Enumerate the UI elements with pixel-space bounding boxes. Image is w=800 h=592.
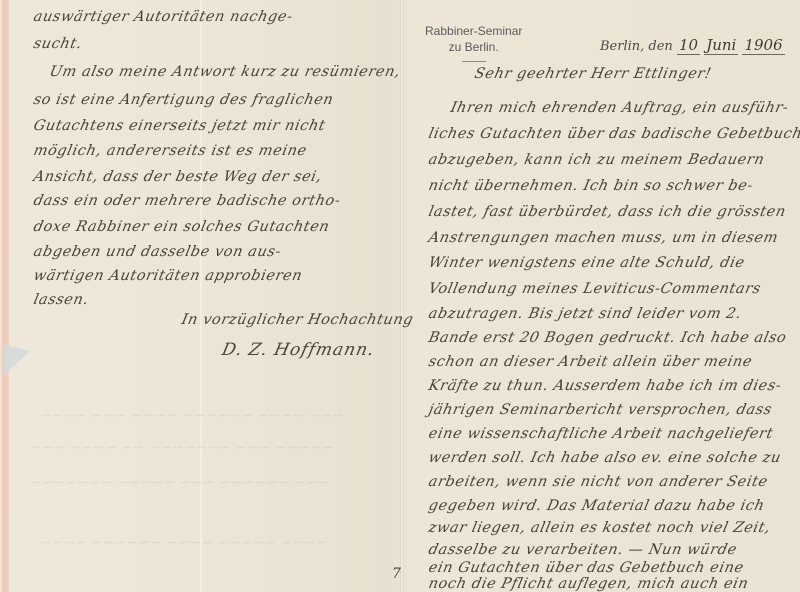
handwritten-line: eine wissenschaftliche Arbeit nachgelief… — [427, 426, 775, 442]
letterhead-line-1: Rabbiner-Seminar — [425, 23, 522, 39]
letterhead-line-2: zu Berlin. — [425, 39, 522, 55]
handwritten-line: ein Gutachten über das Gebetbuch eine — [427, 560, 745, 576]
handwritten-line: dass ein oder mehrere badische ortho- — [32, 193, 342, 209]
letter-scan: ~~~ ~~~~ ~~~~~~ ~~~~ ~~~ ~~~~ ~~~~~ ~~~ … — [0, 0, 800, 592]
handwritten-line: Gutachtens einerseits jetzt mir nicht — [32, 118, 327, 134]
handwritten-line: lassen. — [32, 292, 90, 308]
left-page: auswärtiger Autoritäten nachge- sucht. U… — [12, 0, 400, 592]
margin-mark: 7 — [392, 566, 401, 582]
handwritten-line: sucht. — [32, 36, 84, 52]
handwritten-line: jährigen Seminarbericht versprochen, das… — [427, 402, 774, 418]
handwritten-line: Kräfte zu thun. Ausserdem habe ich im di… — [427, 378, 783, 394]
handwritten-line: zwar liegen, allein es kostet noch viel … — [427, 520, 772, 536]
handwritten-line: liches Gutachten über das badische Gebet… — [427, 126, 800, 142]
signature: D. Z. Hoffmann. — [220, 340, 377, 360]
handwritten-line: abzugeben, kann ich zu meinem Bedauern — [427, 152, 766, 168]
handwritten-line: dasselbe zu verarbeiten. — Nun würde — [427, 542, 738, 558]
handwritten-line: wärtigen Autoritäten approbieren — [32, 268, 304, 284]
dateline-year: 1906 — [742, 36, 784, 55]
handwritten-line: abzutragen. Bis jetzt sind leider vom 2. — [427, 306, 743, 322]
handwritten-line: noch die Pflicht auflegen, mich auch ein — [427, 576, 750, 592]
letterhead: Rabbiner-Seminar zu Berlin. — [425, 23, 522, 62]
handwritten-line: Vollendung meines Leviticus-Commentars — [427, 281, 762, 297]
handwritten-line: Bande erst 20 Bogen gedruckt. Ich habe a… — [427, 330, 788, 346]
handwritten-line: werden soll. Ich habe also ev. eine solc… — [427, 450, 783, 466]
handwritten-line: Um also meine Antwort kurz zu resümieren… — [48, 64, 402, 80]
handwritten-line: abgeben und dasselbe von aus- — [32, 244, 283, 260]
letterhead-rule — [462, 61, 486, 62]
handwritten-line: nicht übernehmen. Ich bin so schwer be- — [427, 178, 755, 194]
scan-edge — [0, 0, 9, 592]
right-page: Rabbiner-Seminar zu Berlin. Berlin, den … — [405, 0, 800, 592]
dateline-day: 10 — [677, 36, 700, 55]
dateline-month: Juni — [704, 36, 738, 55]
handwritten-line: arbeiten, wenn sie nicht von anderer Sei… — [427, 474, 769, 490]
handwritten-line: schon an dieser Arbeit allein über meine — [427, 354, 754, 370]
handwritten-line: so ist eine Anfertigung des fraglichen — [32, 92, 335, 108]
handwritten-line: möglich, andererseits ist es meine — [32, 143, 308, 159]
dateline-place: Berlin, den — [600, 39, 673, 54]
closing-line: In vorzüglicher Hochachtung — [180, 312, 415, 328]
handwritten-line: Anstrengungen machen muss, um in diesem — [427, 230, 780, 246]
page-gutter — [400, 0, 404, 592]
handwritten-line: lastet, fast überbürdet, dass ich die gr… — [427, 204, 787, 220]
dateline: Berlin, den 10 Juni 1906 — [600, 36, 785, 54]
handwritten-line: Ihren mich ehrenden Auftrag, ein ausführ… — [449, 100, 790, 116]
handwritten-line: Ansicht, dass der beste Weg der sei, — [32, 169, 323, 185]
handwritten-line: auswärtiger Autoritäten nachge- — [32, 9, 294, 25]
handwritten-line: gegeben wird. Das Material dazu habe ich — [427, 498, 766, 514]
handwritten-line: Winter wenigstens eine alte Schuld, die — [427, 255, 746, 271]
salutation: Sehr geehrter Herr Ettlinger! — [473, 66, 713, 82]
handwritten-line: doxe Rabbiner ein solches Gutachten — [32, 219, 331, 235]
